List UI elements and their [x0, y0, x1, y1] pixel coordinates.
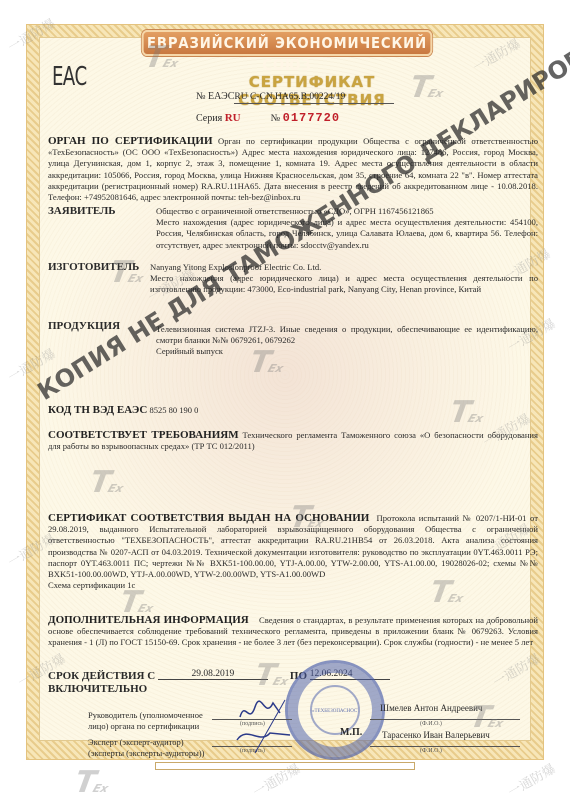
product-release: Серийный выпуск	[156, 346, 538, 357]
reg-number: RU C-CN.HA65.B.00224/19	[234, 92, 394, 104]
applicant-address: Место нахождения (адрес юридического лиц…	[156, 217, 538, 251]
head-signature-label: Руководитель (уполномоченное лицо) орган…	[88, 710, 208, 732]
section-label: ИЗГОТОВИТЕЛЬ	[48, 262, 139, 273]
manufacturer-address: Место нахождения (адрес юридического лиц…	[150, 273, 538, 295]
name-caption: (Ф.И.О.)	[420, 748, 442, 754]
section-certification-body: ОРГАН ПО СЕРТИФИКАЦИИ Орган по сертифика…	[48, 136, 538, 203]
series-value: RU	[225, 112, 241, 124]
section-label: ПРОДУКЦИЯ	[48, 321, 120, 332]
section-hs-code: КОД ТН ВЭД ЕАЭС 8525 80 190 0	[48, 405, 538, 416]
applicant-name: Общество с ограниченной ответственностью…	[156, 206, 538, 217]
seal-label: М.П.	[340, 727, 362, 738]
watermark-brand: 一通防爆	[504, 758, 559, 800]
expert-name-line	[370, 746, 520, 747]
reg-label: № ЕАЭС	[196, 91, 234, 102]
head-name: Шмелев Антон Андреевич	[380, 703, 482, 713]
valid-from-date: 29.08.2019	[158, 669, 268, 680]
series-field: Серия RU	[196, 112, 241, 124]
section-manufacturer: ИЗГОТОВИТЕЛЬ Nanyang Yitong Explosionpro…	[48, 262, 538, 296]
eac-logo: ЕАС	[52, 62, 87, 92]
name-caption: (Ф.И.О.)	[420, 721, 442, 727]
signature-scribble	[235, 695, 295, 755]
section-label: СЕРТИФИКАТ СООТВЕТСТВИЯ ВЫДАН НА ОСНОВАН…	[48, 512, 369, 524]
head-name-line	[370, 719, 520, 720]
section-product: ПРОДУКЦИЯ Телевизионная система JTZJ-3. …	[48, 321, 538, 358]
section-label: КОД ТН ВЭД ЕАЭС	[48, 404, 147, 416]
section-basis: СЕРТИФИКАТ СООТВЕТСТВИЯ ВЫДАН НА ОСНОВАН…	[48, 513, 538, 591]
product-description: Телевизионная система JTZJ-3. Иные сведе…	[156, 324, 538, 346]
watermark-logo-icon: TEx	[69, 765, 117, 800]
union-banner: ЕВРАЗИЙСКИЙ ЭКОНОМИЧЕСКИЙ СОЮЗ	[142, 30, 432, 56]
number-field: № 0177720	[271, 111, 340, 125]
expert-signature-label: Эксперт (эксперт-аудитор) (эксперты (экс…	[88, 737, 208, 759]
footer-print-strip	[155, 762, 415, 770]
section-label: ОРГАН ПО СЕРТИФИКАЦИИ	[48, 135, 213, 147]
section-applicant: ЗАЯВИТЕЛЬ Общество с ограниченной ответс…	[48, 206, 538, 251]
manufacturer-name: Nanyang Yitong Explosionproof Electric C…	[150, 262, 538, 273]
seal-stamp: «ТЕХБЕЗОПАСНОСТЬ»	[285, 660, 385, 760]
expert-name: Тарасенко Иван Валерьевич	[382, 730, 490, 740]
section-label: ДОПОЛНИТЕЛЬНАЯ ИНФОРМАЦИЯ	[48, 614, 249, 626]
section-label: ЗАЯВИТЕЛЬ	[48, 206, 116, 217]
section-label: СООТВЕТСТВУЕТ ТРЕБОВАНИЯМ	[48, 429, 239, 441]
serial-number: 0177720	[283, 111, 340, 125]
registration-number-row: № ЕАЭС RU C-CN.HA65.B.00224/19	[196, 91, 394, 104]
series-row: Серия RU № 0177720	[196, 111, 340, 125]
hs-code-value: 8525 80 190 0	[149, 405, 198, 415]
certification-scheme: Схема сертификации 1с	[48, 580, 538, 591]
section-additional-info: ДОПОЛНИТЕЛЬНАЯ ИНФОРМАЦИЯ Сведения о ста…	[48, 615, 538, 649]
section-conforms: СООТВЕТСТВУЕТ ТРЕБОВАНИЯМ Технического р…	[48, 430, 538, 452]
